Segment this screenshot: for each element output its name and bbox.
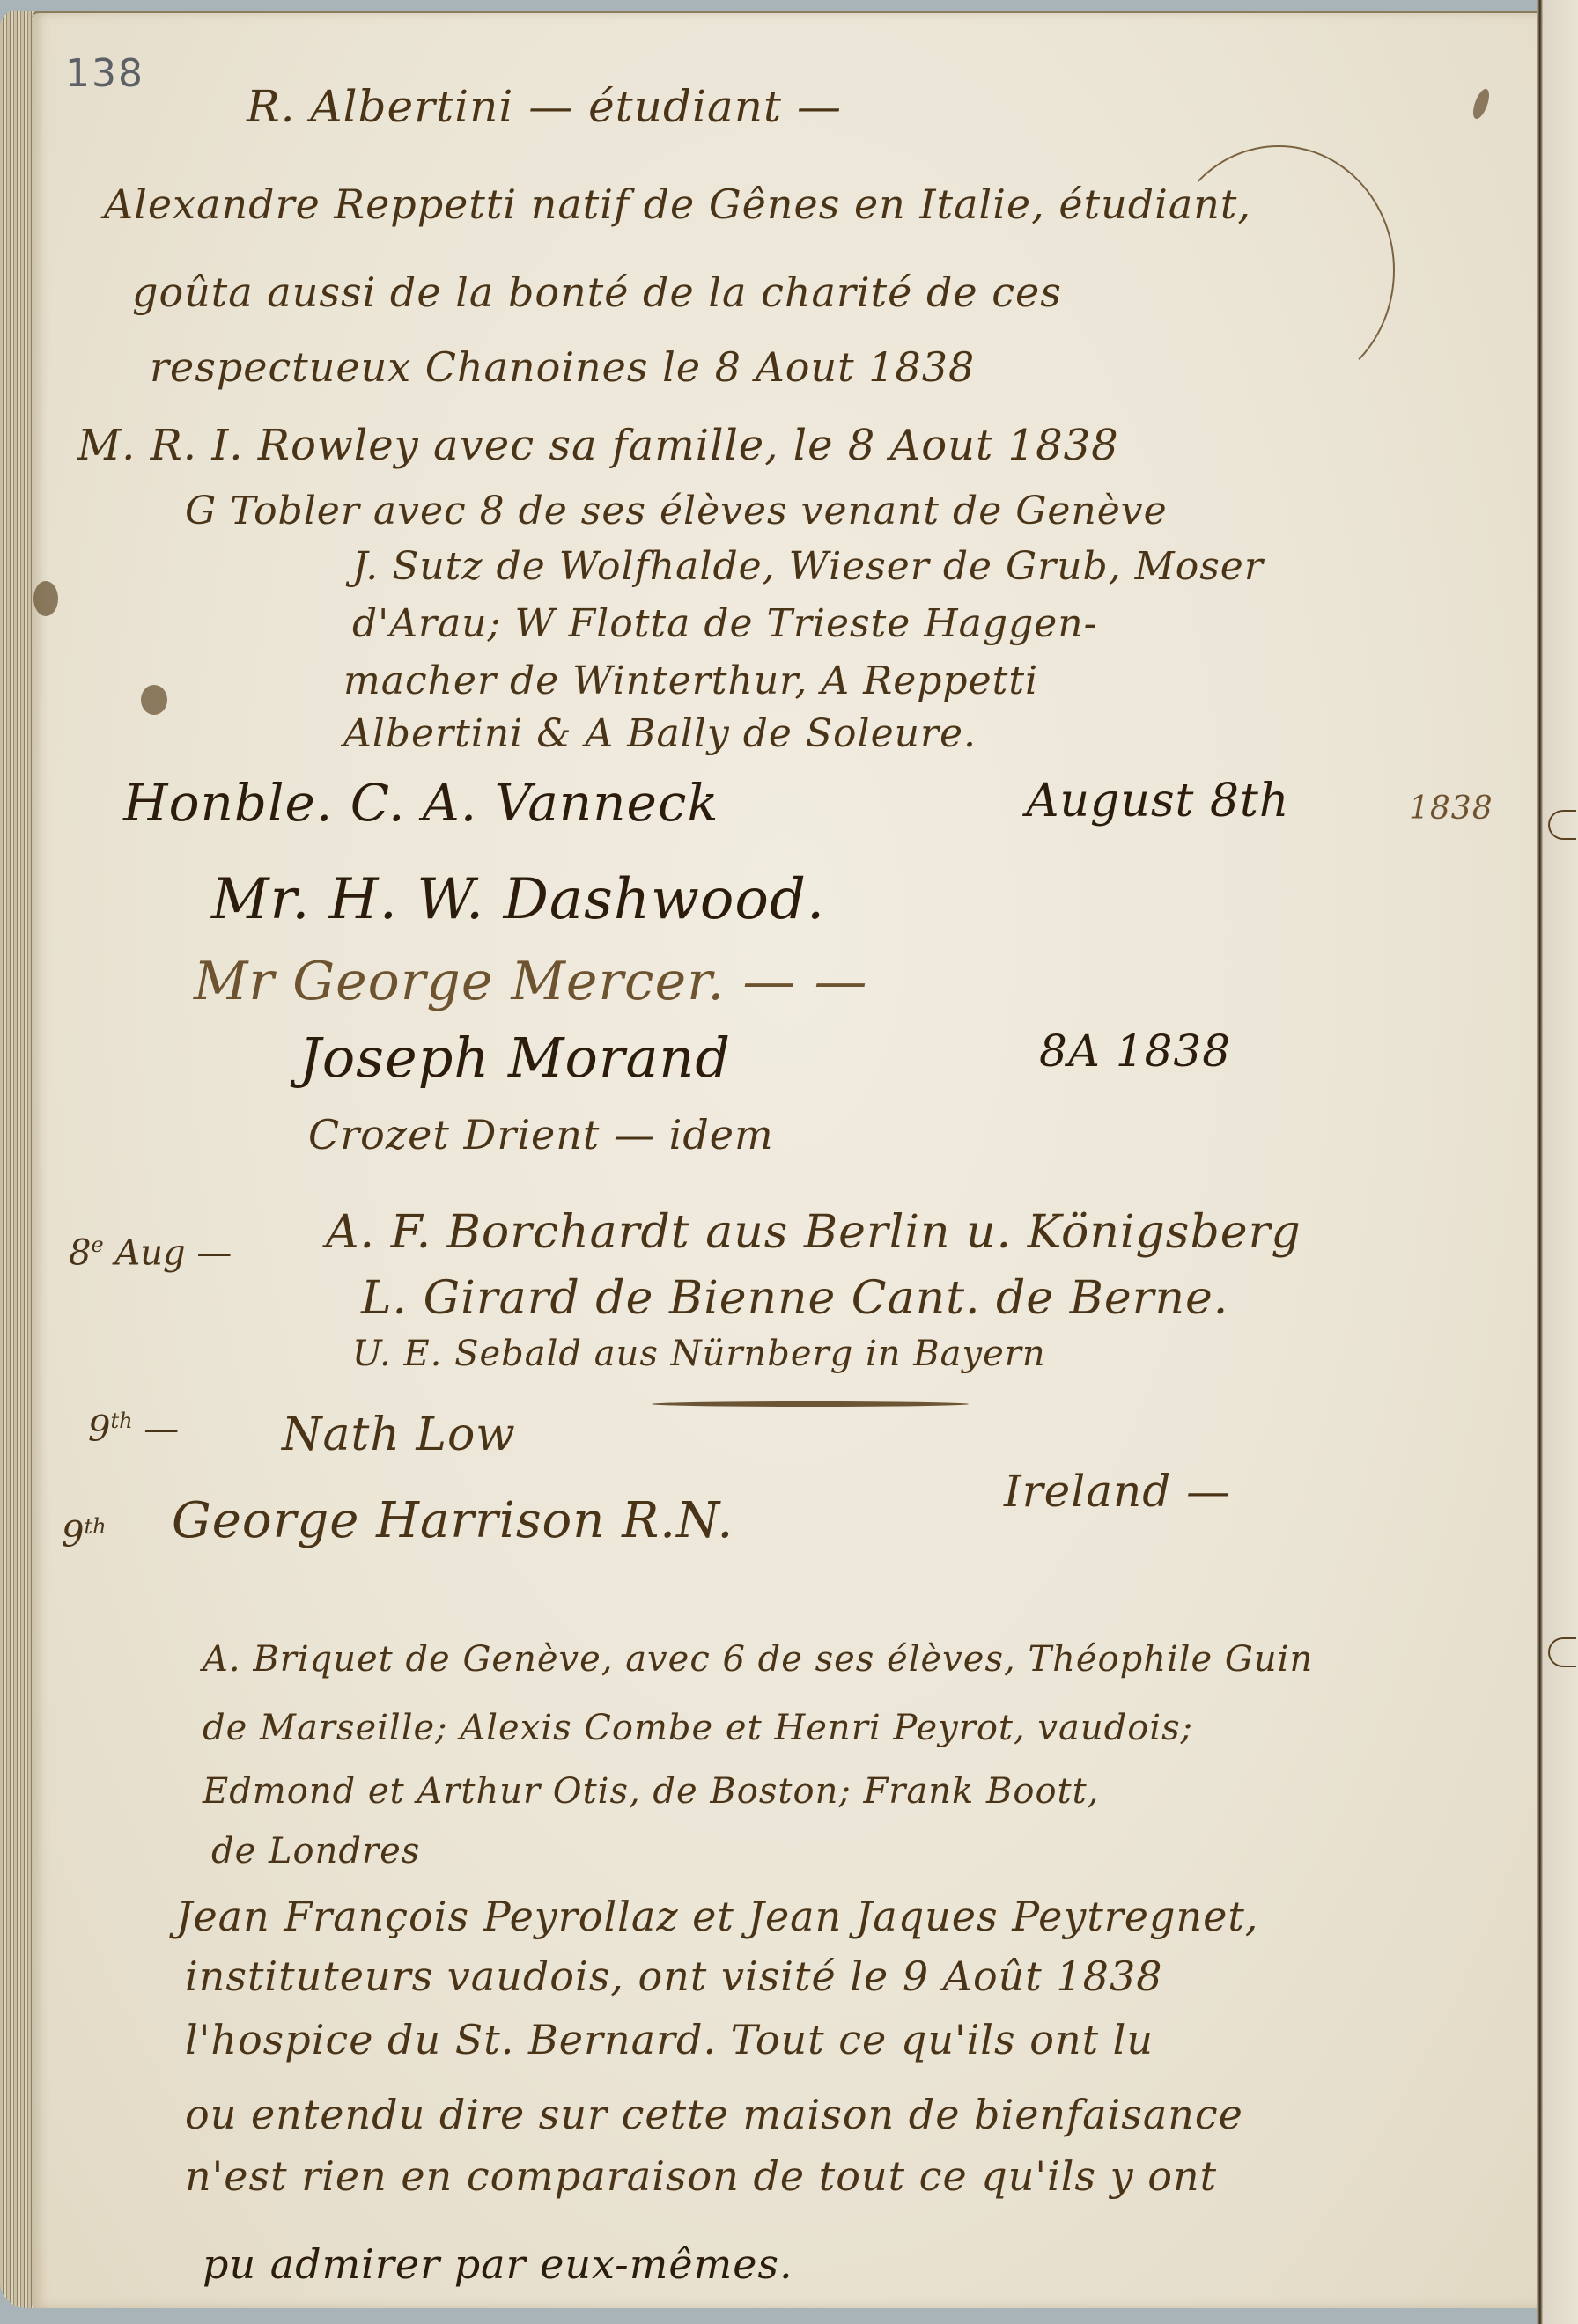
entry-harrison: George Harrison R.N. — [172, 1492, 734, 1549]
entry-tobler-line3: d'Arau; W Flotta de Trieste Haggen- — [352, 601, 1098, 646]
entry-tobler-line5: Albertini & A Bally de Soleure. — [343, 711, 977, 756]
entry-peyrollaz-line3: l'hospice du St. Bernard. Tout ce qu'ils… — [185, 2016, 1154, 2063]
entry-rowley: M. R. I. Rowley avec sa famille, le 8 Ao… — [77, 421, 1119, 470]
margin-date-rest: Aug — — [104, 1232, 232, 1273]
entry-sebald: U. E. Sebald aus Nürnberg in Bayern — [352, 1334, 1046, 1374]
entry-low: Nath Low — [282, 1408, 516, 1461]
margin-date-day: 8 — [69, 1232, 91, 1273]
ink-stain — [141, 685, 167, 715]
entry-briquet-line1: A. Briquet de Genève, avec 6 de ses élèv… — [203, 1639, 1313, 1680]
entry-reppetti-line3: respectueux Chanoines le 8 Aout 1838 — [150, 343, 975, 391]
page-top-edge — [32, 11, 1543, 18]
page-number: 138 — [65, 51, 144, 96]
underline-stroke — [652, 1401, 969, 1407]
entry-tobler-line4: macher de Winterthur, A Reppetti — [343, 658, 1038, 703]
entry-peyrollaz-line5: n'est rien en comparaison de tout ce qu'… — [185, 2152, 1217, 2200]
margin-date-9th-second: 9th — [62, 1514, 107, 1555]
margin-date-day: 9 — [88, 1408, 110, 1449]
margin-date-suffix: th — [110, 1408, 132, 1433]
entry-peyrollaz-line2: instituteurs vaudois, ont visité le 9 Ao… — [185, 1953, 1162, 2000]
entry-tobler-line1: G Tobler avec 8 de ses élèves venant de … — [185, 489, 1168, 533]
entry-mercer: Mr George Mercer. — — — [194, 951, 867, 1012]
entry-reppetti-line1: Alexandre Reppetti natif de Gênes en Ita… — [104, 180, 1251, 228]
margin-date-aug8: 8e Aug — — [69, 1232, 232, 1273]
entry-crozet: Crozet Drient — idem — [308, 1111, 774, 1158]
entry-albertini: R. Albertini — étudiant — — [247, 81, 842, 132]
entry-tobler-line2: J. Sutz de Wolfhalde, Wieser de Grub, Mo… — [352, 544, 1264, 589]
entry-peyrollaz-line1: Jean François Peyrollaz et Jean Jaques P… — [176, 1893, 1258, 1940]
entry-briquet-line4: de Londres — [211, 1831, 420, 1872]
entry-girard: L. Girard de Bienne Cant. de Berne. — [361, 1272, 1228, 1325]
entry-borchardt: A. F. Borchardt aus Berlin u. Königsberg — [326, 1206, 1301, 1259]
manuscript-scan: 138 R. Albertini — étudiant — Alexandre … — [0, 0, 1578, 2324]
entry-peyrollaz-line6: pu admirer par eux-mêmes. — [203, 2240, 793, 2288]
entry-briquet-line2: de Marseille; Alexis Combe et Henri Peyr… — [203, 1708, 1193, 1748]
facing-page-ink-mark — [1548, 810, 1576, 840]
entry-morand-date: 8A 1838 — [1039, 1026, 1231, 1077]
entry-morand-name: Joseph Morand — [299, 1026, 731, 1090]
margin-date-day: 9 — [62, 1514, 84, 1555]
entry-peyrollaz-line4: ou entendu dire sur cette maison de bien… — [185, 2091, 1243, 2138]
margin-date-rest: — — [133, 1408, 180, 1449]
entry-reppetti-line2: goûta aussi de la bonté de la charité de… — [132, 268, 1062, 316]
entry-vanneck-year: 1838 — [1409, 791, 1493, 827]
facing-page-ink-mark — [1548, 1637, 1576, 1667]
entry-ireland: Ireland — — [1004, 1466, 1231, 1517]
ink-stain — [33, 581, 58, 616]
margin-date-9th: 9th — — [88, 1408, 179, 1449]
margin-date-suffix: e — [91, 1232, 103, 1257]
facing-page-edge — [1543, 0, 1578, 2324]
entry-vanneck-name: Honble. C. A. Vanneck — [123, 773, 719, 833]
margin-date-suffix: th — [84, 1514, 106, 1539]
entry-briquet-line3: Edmond et Arthur Otis, de Boston; Frank … — [203, 1771, 1099, 1812]
entry-dashwood: Mr. H. W. Dashwood. — [211, 867, 825, 932]
flourish-swirl — [1162, 145, 1395, 395]
entry-vanneck-date: August 8th — [1026, 775, 1289, 827]
